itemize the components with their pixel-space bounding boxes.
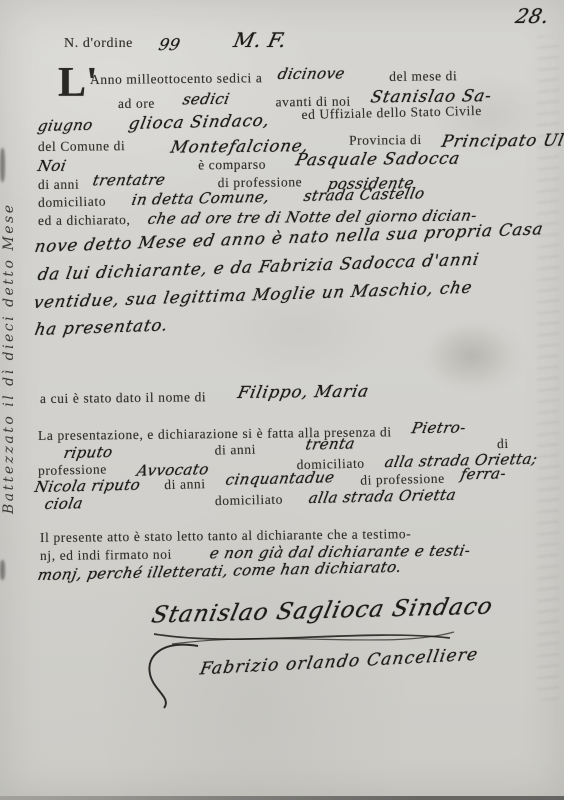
- margin-baptism-note: Battezzato il dì dieci detto Mese: [1, 64, 17, 514]
- printed-comune: del Comune di: [38, 138, 125, 154]
- printed-comparso: è comparso: [198, 157, 266, 173]
- printed-witness1-di: di: [497, 436, 509, 451]
- paper-edge-mark: [0, 560, 5, 580]
- entry-witness2-profession-b: ciola: [43, 494, 84, 513]
- paper-edge-bottom: [0, 796, 564, 800]
- entry-witness1-age: trenta: [304, 434, 357, 453]
- entry-declarant-age: trentatre: [91, 171, 167, 190]
- printed-name-formula: a cui è stato dato il nome di: [40, 389, 206, 406]
- printed-month-text: del mese di: [389, 68, 457, 84]
- document-scan: Battezzato il dì dieci detto Mese 28. N.…: [0, 0, 564, 800]
- entry-hour: sedici: [181, 90, 231, 109]
- entry-month: giugno: [36, 116, 94, 135]
- entry-witness2-domicile: alla strada Orietta: [307, 486, 458, 507]
- paper-stain: [420, 318, 530, 396]
- entry-declarant-name: Pasquale Sadocca: [294, 149, 462, 170]
- printed-domicile: domiciliato: [38, 193, 106, 210]
- page-number: 28.: [513, 4, 551, 28]
- entry-domicile-street: strada Castello: [302, 184, 426, 205]
- printed-hour-text: ad ore: [118, 96, 155, 111]
- printed-witness2-age: di anni: [164, 476, 206, 492]
- printed-declared: ed a dichiarato,: [38, 212, 131, 228]
- printed-witness2-profession: di professione: [360, 471, 445, 488]
- cancelliere-flourish: [140, 640, 204, 712]
- printed-age: di anni: [38, 177, 79, 192]
- order-label: N. d'ordine: [64, 36, 133, 51]
- printed-witness1-profession: professione: [38, 461, 107, 478]
- entry-child-name: Filippo, Maria: [236, 382, 371, 402]
- entry-domicile-comune: in detta Comune,: [130, 188, 271, 209]
- printed-provincia: Provincia di: [349, 132, 422, 148]
- entry-day: dicinove: [277, 64, 347, 83]
- entry-declaration-line5: ha presentato.: [33, 315, 170, 339]
- entry-witness2-age: cinquantadue: [224, 468, 336, 489]
- printed-closing-line2: nj, ed indi firmato noi: [40, 547, 172, 563]
- annotation-initials: M. F.: [232, 28, 289, 52]
- signature-sindaco: Stanislao Saglioca Sindaco: [149, 593, 495, 628]
- printed-witness2-domicile: domiciliato: [215, 492, 283, 509]
- entry-noi: Noi: [36, 157, 68, 175]
- printed-year-text: Anno milleottocento sedici a: [90, 70, 263, 87]
- entry-official-name-b: glioca Sindaco,: [127, 111, 271, 133]
- printed-official-title: ed Uffiziale dello Stato Civile: [301, 103, 482, 122]
- signature-cancelliere: Fabrizio orlando Cancelliere: [198, 645, 480, 680]
- order-number: 99: [157, 35, 182, 54]
- entry-witness2-profession-a: ferra-: [459, 464, 508, 483]
